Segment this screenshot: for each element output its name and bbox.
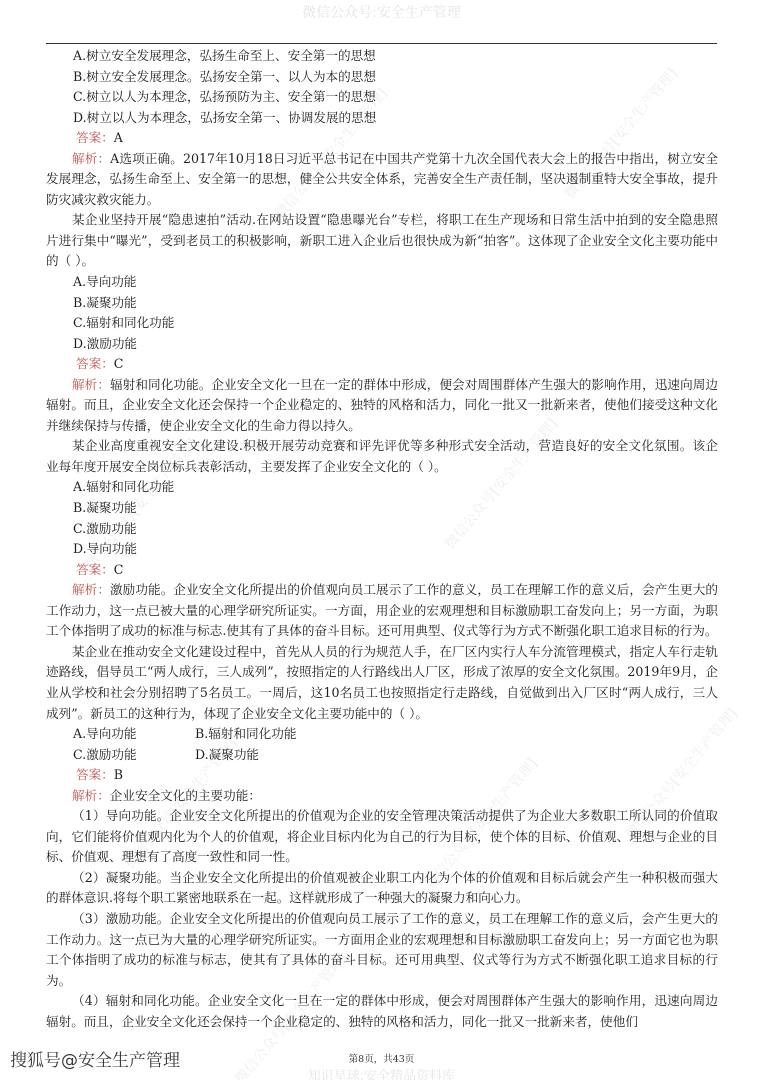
question-3: 某企业高度重视安全文化建设.积极开展劳动竞赛和评先评优等多种形式安全活动，营造良… <box>46 436 718 641</box>
watermark-top: 微信公众号:安全生产管理 <box>0 2 763 22</box>
option-a: A.辐射和同化功能 <box>46 477 718 498</box>
analysis: 解析：辐射和同化功能。企业安全文化一旦在一定的群体中形成，便会对周围群体产生强大… <box>46 375 718 437</box>
watermark-bottom: 知识星球:安全精品资料库 <box>0 1065 763 1080</box>
option-d: D.激励功能 <box>46 334 718 355</box>
option-row: C.激励功能 D.凝聚功能 <box>46 745 718 766</box>
header-rule <box>46 43 717 44</box>
option-c: C.辐射和同化功能 <box>46 313 718 334</box>
answer-value: C <box>114 562 124 577</box>
analysis: 解析：企业安全文化的主要功能： <box>46 786 718 807</box>
option-c: C.树立以人为本理念，弘扬预防为主、安全第一的思想 <box>46 87 718 108</box>
option-d: D.导向功能 <box>46 539 718 560</box>
analysis-label: 解析： <box>72 788 110 803</box>
analysis-text: A选项正确。2017年10月18日习近平总书记在中国共产党第十九次全国代表大会上… <box>46 151 718 207</box>
option-d: D.凝聚功能 <box>195 745 259 766</box>
analysis-label: 解析： <box>72 377 110 392</box>
option-a: A.导向功能 <box>73 724 195 745</box>
analysis: 解析：A选项正确。2017年10月18日习近平总书记在中国共产党第十九次全国代表… <box>46 149 718 211</box>
answer-label: 答案： <box>76 356 114 371</box>
option-c: C.激励功能 <box>46 519 718 540</box>
option-b: B.凝聚功能 <box>46 498 718 519</box>
option-a: A.树立安全发展理念，弘扬生命至上、安全第一的思想 <box>46 46 718 67</box>
answer-line: 答案：A <box>46 128 718 149</box>
question-2: 某企业坚持开展“隐患速拍”活动.在网站设置“隐患曝光台”专栏，将职工在生产现场和… <box>46 210 718 436</box>
option-c: C.激励功能 <box>73 745 195 766</box>
question-stem: 某企业在推动安全文化建设过程中，首先从人员的行为规范人手，在厂区内实行人车分流管… <box>46 642 718 724</box>
analysis-point-1: （1）导向功能。企业安全文化所提出的价值观为企业的安全管理决策活动提供了为企业大… <box>46 806 718 868</box>
question-4: 某企业在推动安全文化建设过程中，首先从人员的行为规范人手，在厂区内实行人车分流管… <box>46 642 718 1032</box>
answer-value: B <box>114 767 123 782</box>
answer-label: 答案： <box>76 767 114 782</box>
answer-value: C <box>114 356 124 371</box>
analysis-label: 解析： <box>72 582 110 597</box>
option-b: B.辐射和同化功能 <box>195 724 296 745</box>
option-row: A.导向功能 B.辐射和同化功能 <box>46 724 718 745</box>
analysis-point-4: （4）辐射和同化功能。企业安全文化一旦在一定的群体中形成，便会对周围群体产生强大… <box>46 991 718 1032</box>
analysis-intro: 企业安全文化的主要功能： <box>110 788 261 803</box>
question-stem: 某企业高度重视安全文化建设.积极开展劳动竞赛和评先评优等多种形式安全活动，营造良… <box>46 436 718 477</box>
page-number: 第8页，共43页 <box>0 1051 763 1065</box>
answer-line: 答案：C <box>46 560 718 581</box>
option-b: B.凝聚功能 <box>46 293 718 314</box>
analysis-point-2: （2）凝聚功能。当企业安全文化所提出的价值观被企业职工内化为个体的价值观和目标后… <box>46 868 718 909</box>
question-stem: 某企业坚持开展“隐患速拍”活动.在网站设置“隐患曝光台”专栏，将职工在生产现场和… <box>46 210 718 272</box>
option-a: A.导向功能 <box>46 272 718 293</box>
analysis-text: 辐射和同化功能。企业安全文化一旦在一定的群体中形成，便会对周围群体产生强大的影响… <box>46 377 718 433</box>
answer-value: A <box>114 130 123 145</box>
document-body: A.树立安全发展理念，弘扬生命至上、安全第一的思想 B.树立安全发展理念。弘扬安… <box>46 46 718 1032</box>
answer-label: 答案： <box>76 130 114 145</box>
option-d: D.树立以人为本理念，弘扬安全第一、协调发展的思想 <box>46 108 718 129</box>
option-b: B.树立安全发展理念。弘扬安全第一、以人为本的思想 <box>46 67 718 88</box>
analysis-label: 解析： <box>72 151 110 166</box>
answer-line: 答案：B <box>46 765 718 786</box>
answer-line: 答案：C <box>46 354 718 375</box>
analysis-point-3: （3）激励功能。企业安全文化所提出的价值观向员工展示了工作的意义，员工在理解工作… <box>46 909 718 991</box>
analysis: 解析：激励功能。企业安全文化所提出的价值观向员工展示了工作的意义，员工在理解工作… <box>46 580 718 642</box>
question-1: A.树立安全发展理念，弘扬生命至上、安全第一的思想 B.树立安全发展理念。弘扬安… <box>46 46 718 210</box>
answer-label: 答案： <box>76 562 114 577</box>
analysis-text: 激励功能。企业安全文化所提出的价值观向员工展示了工作的意义，员工在理解工作的意义… <box>46 582 718 638</box>
